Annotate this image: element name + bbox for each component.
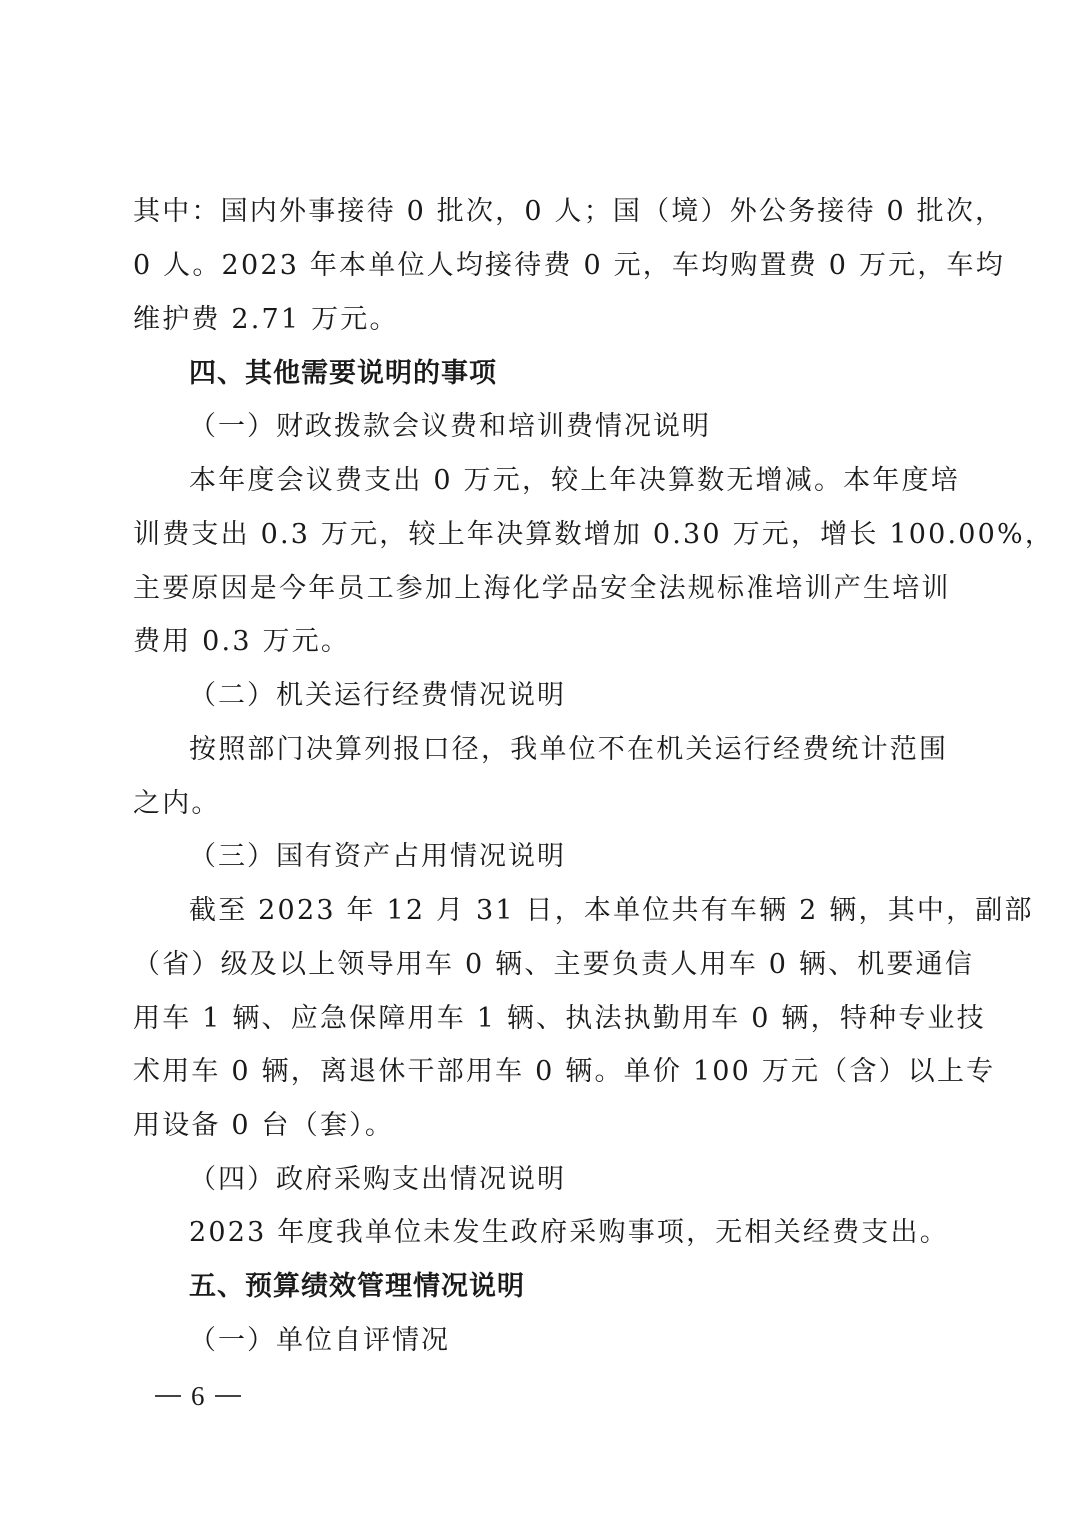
page-footer: 6 [155, 1376, 241, 1416]
dash-left [155, 1395, 181, 1397]
paragraph-line: 之内。 [133, 784, 943, 824]
paragraph-line: 截至 2023 年 12 月 31 日，本单位共有车辆 2 辆，其中，副部 [189, 891, 943, 931]
subsection-heading: （三）国有资产占用情况说明 [189, 837, 943, 877]
subsection-heading: （一）财政拨款会议费和培训费情况说明 [189, 407, 943, 447]
paragraph-line: （省）级及以上领导用车 0 辆、主要负责人用车 0 辆、机要通信 [133, 945, 943, 985]
section-heading: 四、其他需要说明的事项 [189, 354, 943, 394]
paragraph-line: 维护费 2.71 万元。 [133, 300, 943, 340]
subsection-heading: （一）单位自评情况 [189, 1321, 943, 1361]
paragraph-line: 费用 0.3 万元。 [133, 622, 943, 662]
paragraph-line: 按照部门决算列报口径，我单位不在机关运行经费统计范围 [189, 730, 943, 770]
page-number: 6 [191, 1376, 205, 1416]
paragraph-line: 用设备 0 台（套）。 [133, 1106, 943, 1146]
paragraph-line: 其中：国内外事接待 0 批次，0 人；国（境）外公务接待 0 批次， [133, 192, 943, 232]
paragraph-line: 用车 1 辆、应急保障用车 1 辆、执法执勤用车 0 辆，特种专业技 [133, 999, 943, 1039]
subsection-heading: （四）政府采购支出情况说明 [189, 1160, 943, 1200]
paragraph-line: 主要原因是今年员工参加上海化学品安全法规标准培训产生培训 [133, 569, 943, 609]
paragraph-line: 训费支出 0.3 万元，较上年决算数增加 0.30 万元，增长 100.00%， [133, 515, 943, 555]
section-heading: 五、预算绩效管理情况说明 [189, 1267, 943, 1307]
paragraph-line: 2023 年度我单位未发生政府采购事项，无相关经费支出。 [189, 1213, 943, 1253]
paragraph-line: 0 人。2023 年本单位人均接待费 0 元，车均购置费 0 万元，车均 [133, 246, 943, 286]
subsection-heading: （二）机关运行经费情况说明 [189, 676, 943, 716]
paragraph-line: 本年度会议费支出 0 万元，较上年决算数无增减。本年度培 [189, 461, 943, 501]
paragraph-line: 术用车 0 辆，离退休干部用车 0 辆。单价 100 万元（含）以上专 [133, 1052, 943, 1092]
dash-right [215, 1395, 241, 1397]
